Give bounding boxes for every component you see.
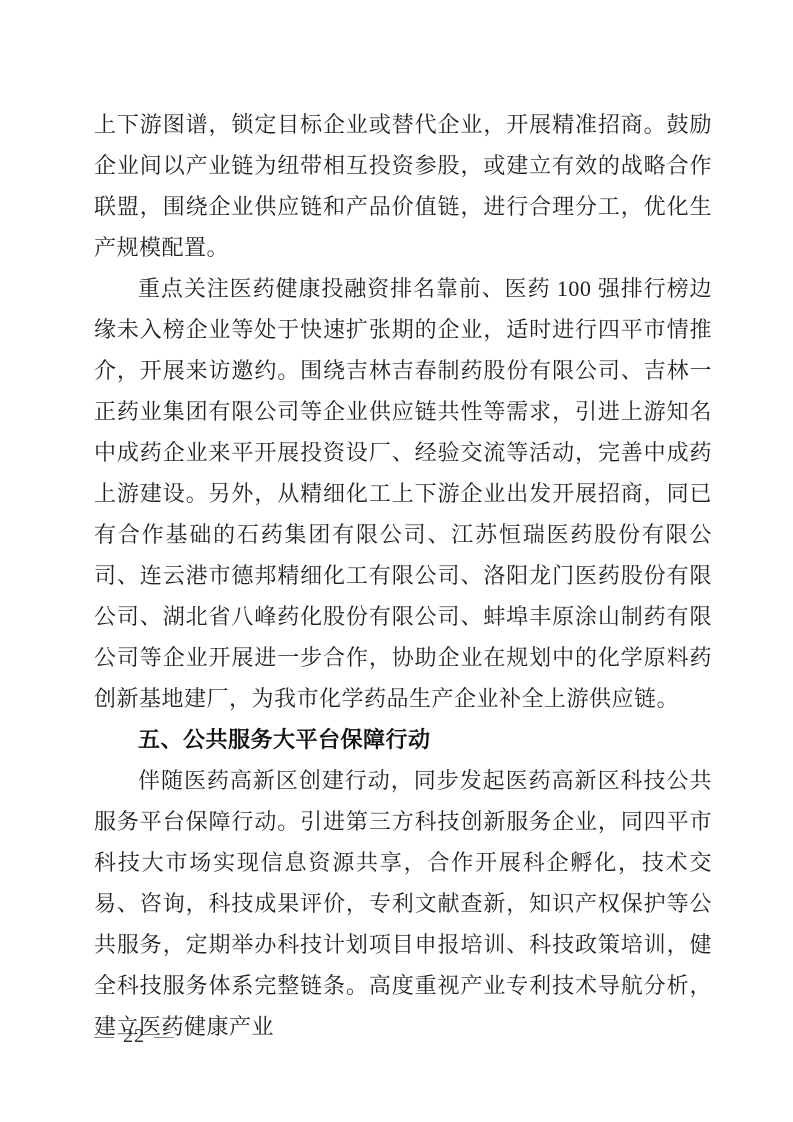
footer-right-dash: —	[154, 1024, 174, 1048]
document-body: 上下游图谱，锁定目标企业或替代企业，开展精准招商。鼓励企业间以产业链为纽带相互投…	[94, 104, 712, 1047]
body-paragraph-investment-attraction: 重点关注医药健康投融资排名靠前、医药 100 强排行榜边缘未入榜企业等处于快速扩…	[94, 268, 712, 719]
body-paragraph-continuation: 上下游图谱，锁定目标企业或替代企业，开展精准招商。鼓励企业间以产业链为纽带相互投…	[94, 104, 712, 268]
footer-left-dash: —	[94, 1024, 114, 1048]
page-footer: — 22 —	[94, 1024, 174, 1048]
body-paragraph-public-service: 伴随医药高新区创建行动，同步发起医药高新区科技公共服务平台保障行动。引进第三方科…	[94, 760, 712, 1047]
section-heading-public-service-platform: 五、公共服务大平台保障行动	[94, 719, 712, 760]
document-page: 上下游图谱，锁定目标企业或替代企业，开展精准招商。鼓励企业间以产业链为纽带相互投…	[0, 0, 793, 1122]
page-number: 22	[123, 1024, 145, 1048]
